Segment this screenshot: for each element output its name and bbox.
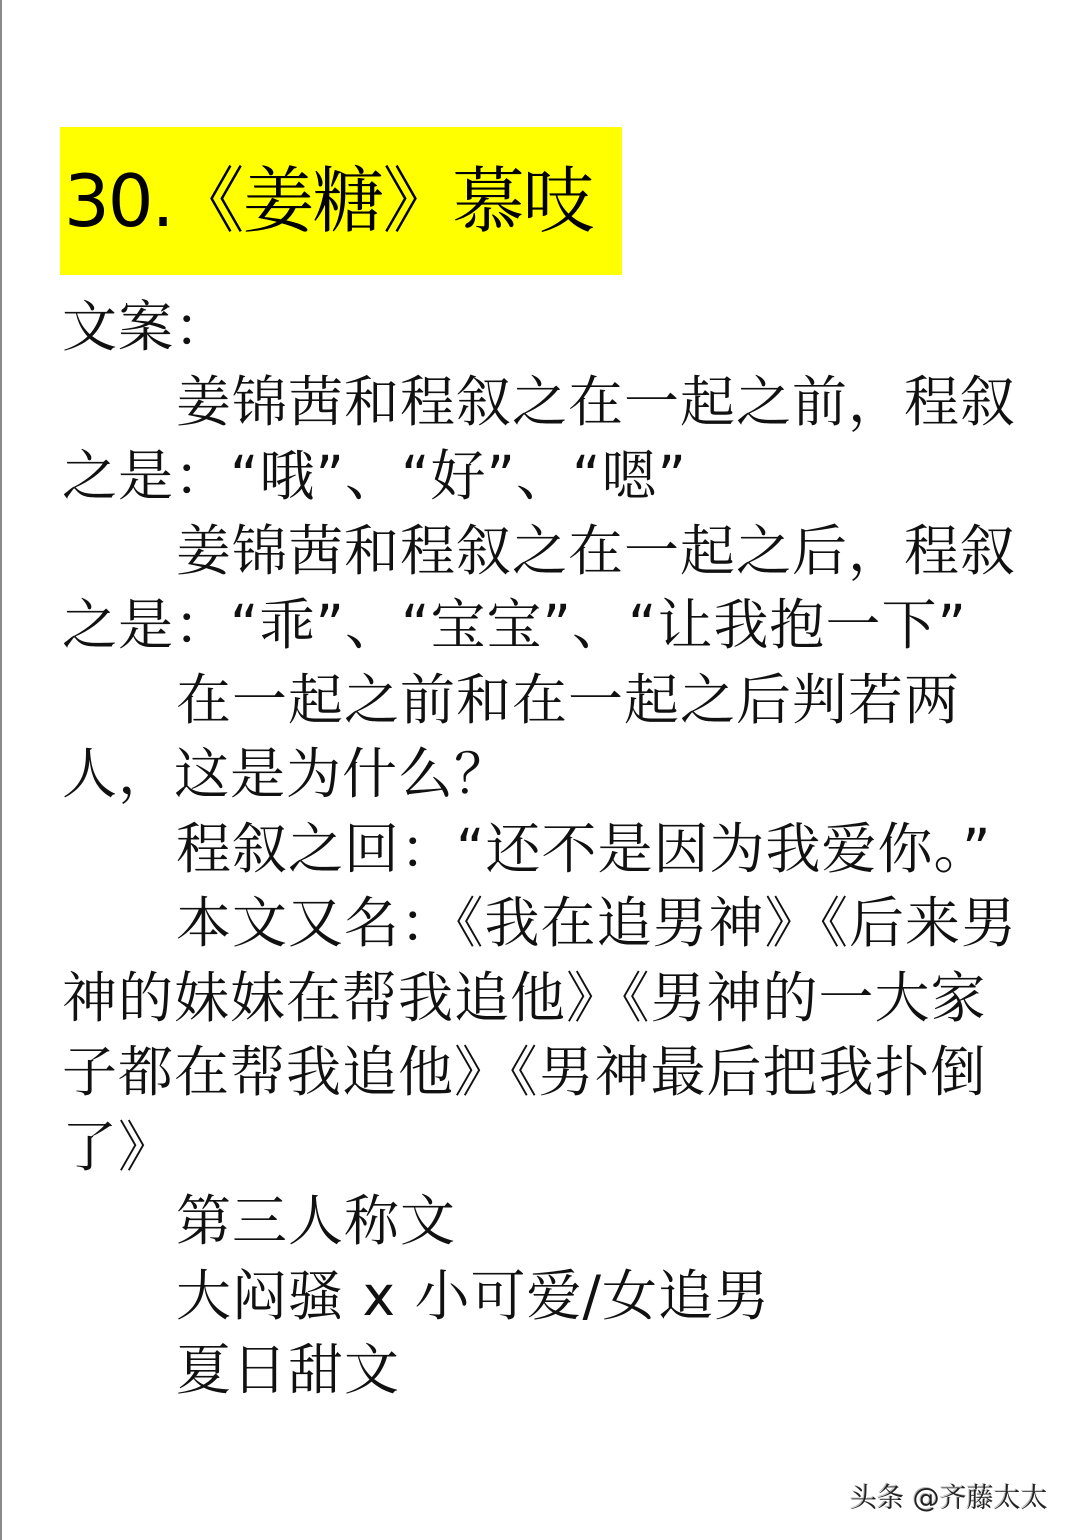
tag-line: 第三人称文: [62, 1184, 1032, 1259]
synopsis-line: 本文又名：《我在追男神》《后来男: [62, 886, 1032, 961]
synopsis-line: 程叙之回：“还不是因为我爱你。”: [62, 812, 1032, 887]
synopsis-line: 人，这是为什么？: [62, 737, 1032, 812]
tag-line: 夏日甜文: [62, 1333, 1032, 1408]
synopsis-line: 姜锦茜和程叙之在一起之前，程叙: [62, 365, 1032, 440]
page-title: 30.《姜糖》慕吱: [64, 161, 593, 241]
watermark: 头条 @齐藤太太: [850, 1482, 1048, 1516]
synopsis-line: 子都在帮我追他》《男神最后把我扑倒: [62, 1035, 1032, 1110]
page-left-border: [0, 0, 2, 1540]
synopsis-body: 文案： 姜锦茜和程叙之在一起之前，程叙 之是：“哦”、“好”、“嗯” 姜锦茜和程…: [62, 290, 1032, 1408]
title-highlight: 30.《姜糖》慕吱: [60, 127, 622, 275]
synopsis-line: 文案：: [62, 290, 1032, 365]
synopsis-line: 之是：“哦”、“好”、“嗯”: [62, 439, 1032, 514]
synopsis-line: 之是：“乖”、“宝宝”、“让我抱一下”: [62, 588, 1032, 663]
synopsis-line: 姜锦茜和程叙之在一起之后，程叙: [62, 514, 1032, 589]
synopsis-line: 在一起之前和在一起之后判若两: [62, 663, 1032, 738]
tag-line: 大闷骚 x 小可爱/女追男: [62, 1259, 1032, 1334]
synopsis-line: 神的妹妹在帮我追他》《男神的一大家: [62, 961, 1032, 1036]
synopsis-line: 了》: [62, 1110, 1032, 1185]
